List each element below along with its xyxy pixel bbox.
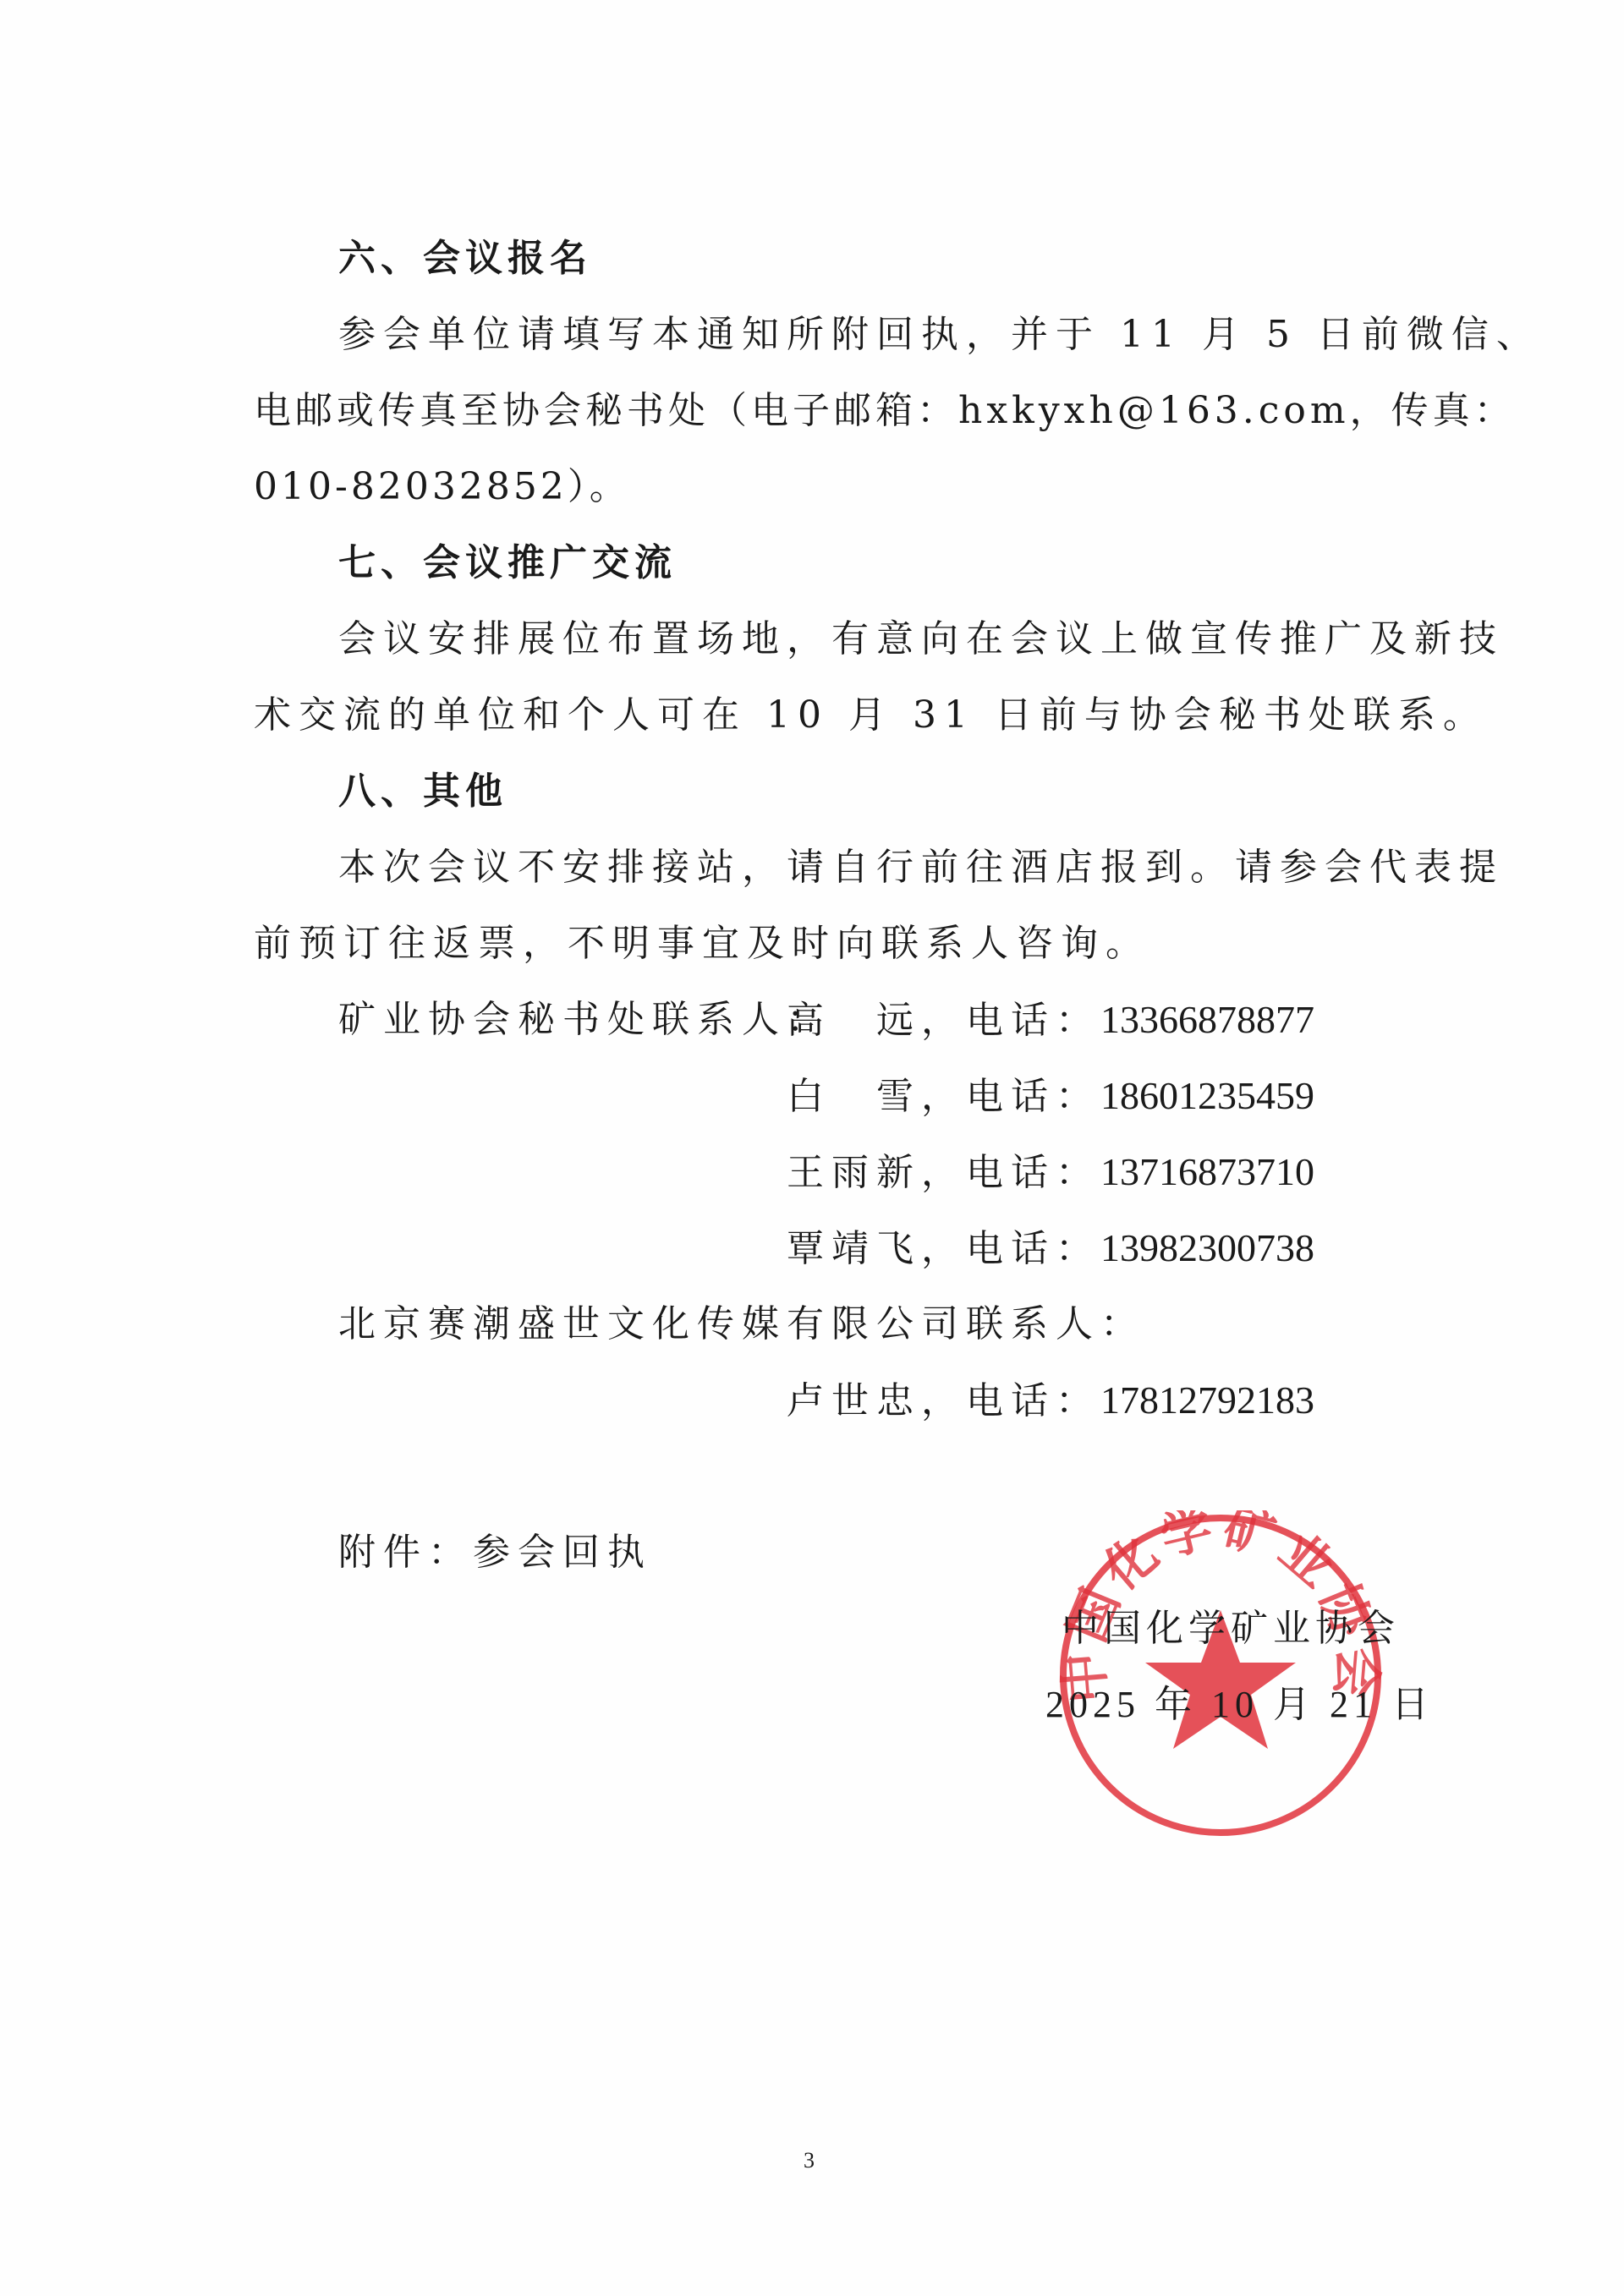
comma: ， — [921, 1151, 966, 1194]
section-heading-registration: 六、会议报名 — [338, 233, 592, 284]
phone-number: 18601235459 — [1100, 1074, 1314, 1117]
paragraph-line: 电邮或传真至协会秘书处（电子邮箱：hxkyxh@163.com，传真： — [254, 386, 1516, 436]
signature-organization: 中国化学矿业协会 — [1062, 1603, 1400, 1654]
section-heading-promotion: 七、会议推广交流 — [338, 538, 677, 589]
paragraph-line: 参会单位请填写本通知所附回执，并于 11 月 5 日前微信、 — [338, 310, 1541, 360]
phone-label: 电话： — [966, 1379, 1100, 1422]
comma: ， — [921, 1075, 966, 1118]
paragraph-line: 前预订往返票，不明事宜及时向联系人咨询。 — [254, 918, 1150, 969]
contact-name: 卢世忠 — [787, 1379, 921, 1422]
phone-label: 电话： — [966, 999, 1100, 1042]
company-contact-label: 北京赛潮盛世文化传媒有限公司联系人： — [338, 1299, 1145, 1350]
phone-number: 13366878877 — [1100, 998, 1314, 1041]
signature-date: 2025 年 10 月 21 日 — [1045, 1680, 1434, 1730]
contact-name: 白 雪 — [787, 1075, 921, 1118]
phone-label: 电话： — [966, 1227, 1100, 1270]
contact-row: 高 远，电话：13366878877 — [787, 995, 1314, 1046]
contact-row: 覃靖飞，电话：13982300738 — [787, 1223, 1314, 1274]
page-number: 3 — [804, 2148, 815, 2173]
contact-row: 王雨新，电话：13716873710 — [787, 1147, 1314, 1198]
attachment-note: 附件：参会回执 — [338, 1527, 652, 1578]
phone-number: 13982300738 — [1100, 1226, 1314, 1269]
contact-name: 覃靖飞 — [787, 1227, 921, 1270]
association-contact-label: 矿业协会秘书处联系人： — [338, 995, 831, 1045]
contact-row: 卢世忠，电话：17812792183 — [787, 1375, 1314, 1427]
official-seal: 中国化学矿业协会 — [1056, 1510, 1385, 1840]
contact-row: 白 雪，电话：18601235459 — [787, 1071, 1314, 1122]
paragraph-line: 术交流的单位和个人可在 10 月 31 日前与协会秘书处联系。 — [254, 690, 1488, 741]
phone-label: 电话： — [966, 1151, 1100, 1194]
phone-label: 电话： — [966, 1075, 1100, 1118]
document-page: 六、会议报名 参会单位请填写本通知所附回执，并于 11 月 5 日前微信、 电邮… — [0, 0, 1624, 2296]
section-heading-other: 八、其他 — [338, 766, 507, 817]
comma: ， — [921, 999, 966, 1042]
paragraph-line: 会议安排展位布置场地，有意向在会议上做宣传推广及新技 — [338, 614, 1504, 665]
comma: ， — [921, 1227, 966, 1270]
phone-number: 17812792183 — [1100, 1378, 1314, 1422]
contact-name: 王雨新 — [787, 1151, 921, 1194]
comma: ， — [921, 1379, 966, 1422]
contact-name: 高 远 — [787, 999, 921, 1042]
paragraph-line: 本次会议不安排接站，请自行前往酒店报到。请参会代表提 — [338, 842, 1504, 893]
paragraph-line: 010-82032852）。 — [254, 462, 630, 512]
phone-number: 13716873710 — [1100, 1150, 1314, 1193]
